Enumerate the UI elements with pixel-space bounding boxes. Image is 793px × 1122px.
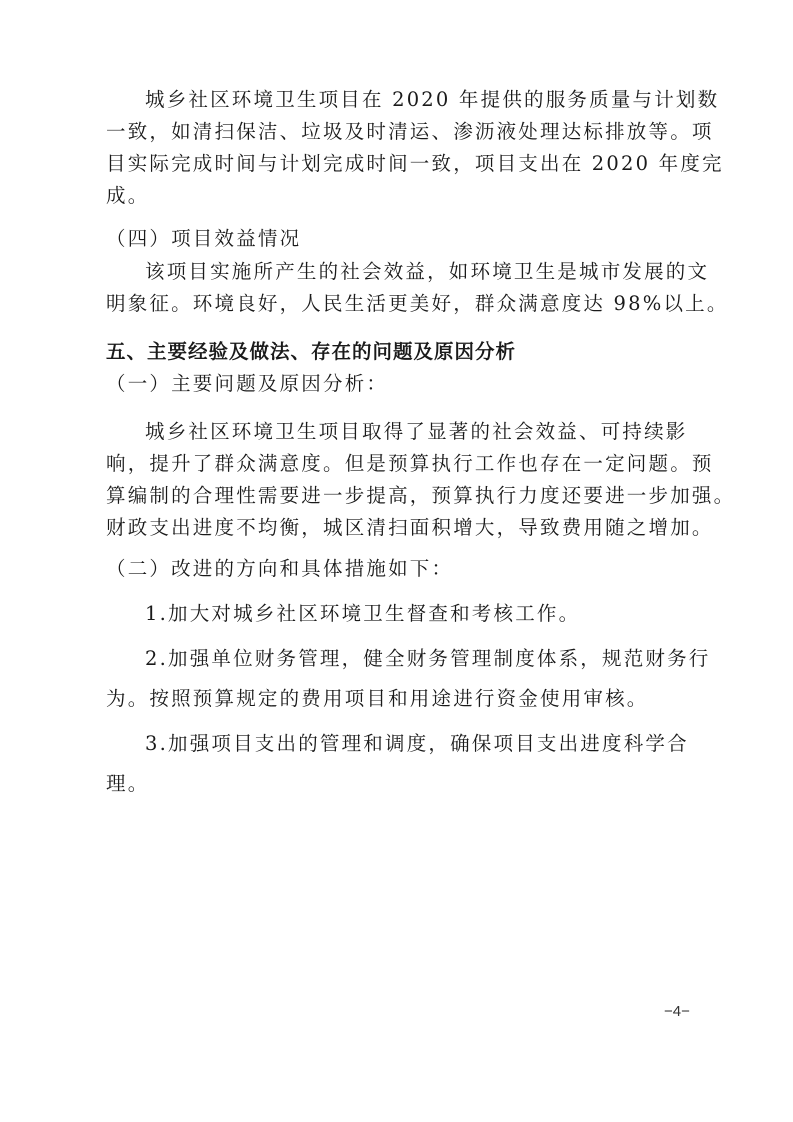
paragraph-line: 目实际完成时间与计划完成时间一致，项目支出在 2020 年度完 (106, 152, 696, 176)
list-item: 3.加强项目支出的管理和调度，确保项目支出进度科学合 (145, 732, 735, 756)
subsection-heading: （二）改进的方向和具体措施如下： (106, 557, 696, 581)
paragraph-line: 成。 (106, 184, 696, 208)
paragraph-line: 明象征。环境良好，人民生活更美好，群众满意度达 98%以上。 (106, 292, 696, 316)
paragraph-line: 一致，如清扫保洁、垃圾及时清运、渗沥液处理达标排放等。项 (106, 120, 696, 144)
paragraph-line: 城乡社区环境卫生项目在 2020 年提供的服务质量与计划数 (145, 88, 735, 112)
paragraph-line: 算编制的合理性需要进一步提高，预算执行力度还要进一步加强。 (106, 484, 696, 508)
list-item-continued: 为。按照预算规定的费用项目和用途进行资金使用审核。 (106, 687, 696, 711)
list-item-continued: 理。 (106, 772, 696, 796)
list-item: 2.加强单位财务管理，健全财务管理制度体系，规范财务行 (145, 647, 735, 671)
section-heading: 五、主要经验及做法、存在的问题及原因分析 (106, 340, 696, 364)
subsection-heading: （四）项目效益情况 (106, 227, 696, 251)
page-number: −4− (664, 1003, 690, 1020)
document-page: 城乡社区环境卫生项目在 2020 年提供的服务质量与计划数 一致，如清扫保洁、垃… (0, 0, 793, 1122)
paragraph-line: 财政支出进度不均衡，城区清扫面积增大，导致费用随之增加。 (106, 516, 696, 540)
subsection-heading: （一）主要问题及原因分析： (106, 372, 696, 396)
paragraph-line: 城乡社区环境卫生项目取得了显著的社会效益、可持续影 (145, 420, 735, 444)
list-item: 1.加大对城乡社区环境卫生督查和考核工作。 (145, 602, 735, 626)
paragraph-line: 该项目实施所产生的社会效益，如环境卫生是城市发展的文 (145, 260, 735, 284)
paragraph-line: 响，提升了群众满意度。但是预算执行工作也存在一定问题。预 (106, 452, 696, 476)
